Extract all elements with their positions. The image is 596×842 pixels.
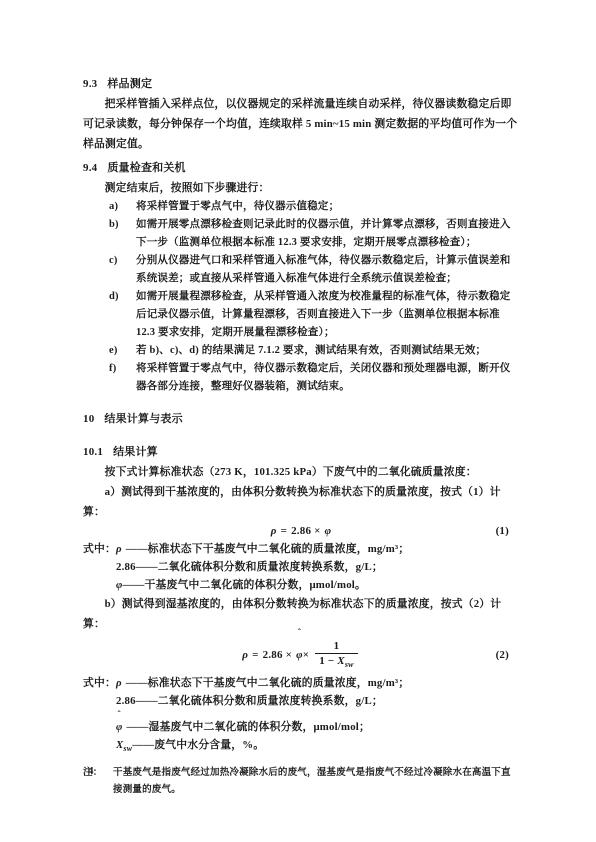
step-list: a) 将采样管置于零点气中，待仪器示值稳定； b) 如需开展零点漂移检查则记录此… [83,198,519,396]
equation-1-tag: (1) [496,522,509,540]
document-page: 9.3样品测定 把采样管插入采样点位，以仪器规定的采样流量连续自动采样，待仪器读… [0,0,596,842]
symbol-coefficient: 2.86 [116,695,136,707]
list-item-label: b) [109,216,119,234]
list-item-e: e) 若 b)、c)、d) 的结果满足 7.1.2 要求，测试结果有效，否则测试… [83,342,519,360]
where-row-rho: 式中：ρ——标准状态下干基废气中二氧化硫的质量浓度，mg/m³； [83,674,519,692]
paragraph-sample-measurement: 把采样管插入采样点位，以仪器规定的采样流量连续自动采样，待仪器读数稳定后即可记录… [83,94,519,154]
list-item-label: c) [109,252,118,270]
definition-text: 废气中水分含量，%。 [154,739,264,751]
calculation-intro: 按下式计算标准状态（273 K，101.325 kPa）下废气中的二氧化硫质量浓… [83,462,519,482]
where-row-coefficient: 2.86——二氧化硫体积分数和质量浓度转换系数，g/L； [83,692,519,710]
equals-sign: = [252,649,258,661]
equation-phi-symbol: φ [325,525,332,537]
where-row-xsw: Xsw——废气中水分含量，%。 [83,736,519,758]
dash: —— [123,579,145,591]
steps-intro: 测定结束后，按照如下步骤进行： [83,178,519,198]
denominator-variable: X [337,655,345,667]
heading-number: 9.4 [83,162,97,174]
definition-text: 标准状态下干基废气中二氧化硫的质量浓度，mg/m³； [148,677,410,689]
list-item-d: d) 如需开展量程漂移检查，从采样管通入浓度为校准量程的标准气体，待示数稳定后记… [83,288,519,342]
definition-text: 湿基废气中二氧化硫的体积分数，μmol/mol； [149,721,370,733]
equals-sign: = [281,525,287,537]
list-item-a: a) 将采样管置于零点气中，待仪器示值稳定； [83,198,519,216]
where-row-coefficient: 2.86——二氧化硫体积分数和质量浓度转换系数，g/L； [83,558,519,576]
list-item-b: b) 如需开展零点漂移检查则记录此时的仪器示值，并计算零点漂移，否则直接进入下一… [83,216,519,252]
where-row-rho: 式中：ρ——标准状态下干基废气中二氧化硫的质量浓度，mg/m³； [83,540,519,558]
list-item-text: 如需开展零点漂移检查则记录此时的仪器示值，并计算零点漂移，否则直接进入下一步（监… [136,219,511,248]
note: 注：干基废气是指废气经过加热冷凝除水后的废气，湿基废气是指废气不经过冷凝除水在高… [83,765,519,799]
heading-number: 10.1 [83,446,103,458]
fraction-numerator: 1 [315,639,357,653]
where-prefix: 式中： [83,674,116,692]
list-item-text: 若 b)、c)、d) 的结果满足 7.1.2 要求，测试结果有效，否则测试结果无… [136,345,486,356]
symbol-rho: ρ [116,543,122,555]
list-item-label: f) [109,360,116,378]
dash: —— [132,739,154,751]
section-10-heading: 10结果计算与表示 [83,409,519,429]
heading-title: 样品测定 [107,78,152,90]
where-prefix: 式中： [83,540,116,558]
list-item-text: 分别从仪器进气口和采样管通入标准气体，待仪器示数稳定后，计算示值误差和系统误差；… [136,255,511,284]
list-item-label: e) [109,342,118,360]
page-content: 9.3样品测定 把采样管插入采样点位，以仪器规定的采样流量连续自动采样，待仪器读… [83,68,519,799]
section-9-3-heading: 9.3样品测定 [83,74,519,94]
where-block-2: 式中：ρ——标准状态下干基废气中二氧化硫的质量浓度，mg/m³； 2.86——二… [83,674,519,758]
where-row-phi-hat: ˆφ——湿基废气中二氧化硫的体积分数，μmol/mol； [83,710,519,736]
denominator-constant: 1 − [319,655,334,667]
symbol-rho: ρ [116,677,122,689]
hat-mark: ˆ [118,710,121,718]
note-text: 干基废气是指废气经过加热冷凝除水后的废气，湿基废气是指废气不经过冷凝除水在高温下… [113,768,511,795]
case-a-text: a）测试得到干基浓度的，由体积分数转换为标准状态下的质量浓度，按式（1）计算： [83,482,519,522]
phi-hat-symbol: ˆφ [296,636,303,674]
section-10-1-heading: 10.1结果计算 [83,442,519,462]
times-sign: × [303,649,309,661]
heading-number: 9.3 [83,78,97,90]
dash: —— [136,695,158,707]
fraction-denominator: 1 − Xsw [315,653,357,672]
definition-text: 二氧化硫体积分数和质量浓度转换系数，g/L； [158,695,383,707]
equation-coefficient: 2.86 × [291,525,320,537]
hat-mark: ˆ [298,628,301,636]
fraction: 11 − Xsw [315,639,357,672]
list-item-f: f) 将采样管置于零点气中，待仪器示数稳定后，关闭仪器和预处理器电源，断开仪器各… [83,360,519,396]
heading-title: 质量检查和关机 [107,162,185,174]
where-block-1: 式中：ρ——标准状态下干基废气中二氧化硫的质量浓度，mg/m³； 2.86——二… [83,540,519,594]
equation-2-tag: (2) [496,636,509,674]
list-item-label: a) [109,198,118,216]
dash: —— [126,543,148,555]
dash: —— [126,677,148,689]
dash: —— [127,721,149,733]
symbol-coefficient: 2.86 [116,561,136,573]
list-item-text: 将采样管置于零点气中，待仪器示数稳定后，关闭仪器和预处理器电源，断开仪器各部分连… [136,363,511,392]
list-item-c: c) 分别从仪器进气口和采样管通入标准气体，待仪器示数稳定后，计算示值误差和系统… [83,252,519,288]
equation-rho-symbol: ρ [242,649,248,661]
heading-number: 10 [83,413,94,425]
list-item-text: 将采样管置于零点气中，待仪器示值稳定； [136,201,339,212]
section-9-4-heading: 9.4质量检查和关机 [83,158,519,178]
equation-rho-symbol: ρ [271,525,277,537]
where-row-phi: φ——干基废气中二氧化硫的体积分数，μmol/mol。 [83,576,519,594]
phi-hat-symbol: ˆφ [116,718,123,736]
equation-1: ρ=2.86 ×φ (1) [83,522,519,540]
heading-title: 结果计算与表示 [104,413,182,425]
list-item-text: 如需开展量程漂移检查，从采样管通入浓度为校准量程的标准气体，待示数稳定后记录仪器… [136,291,511,338]
definition-text: 干基废气中二氧化硫的体积分数，μmol/mol。 [145,579,366,591]
definition-text: 二氧化硫体积分数和质量浓度转换系数，g/L； [158,561,383,573]
denominator-subscript: sw [345,660,354,669]
heading-title: 结果计算 [113,446,158,458]
equation-coefficient: 2.86 × [263,649,292,661]
list-item-label: d) [109,288,119,306]
dash: —— [136,561,158,573]
symbol-x-subscript: sw [123,744,132,753]
equation-2: ρ=2.86 ×ˆφ×11 − Xsw (2) [83,636,519,674]
page-number: 4 [88,765,94,777]
definition-text: 标准状态下干基废气中二氧化硫的质量浓度，mg/m³； [148,543,410,555]
